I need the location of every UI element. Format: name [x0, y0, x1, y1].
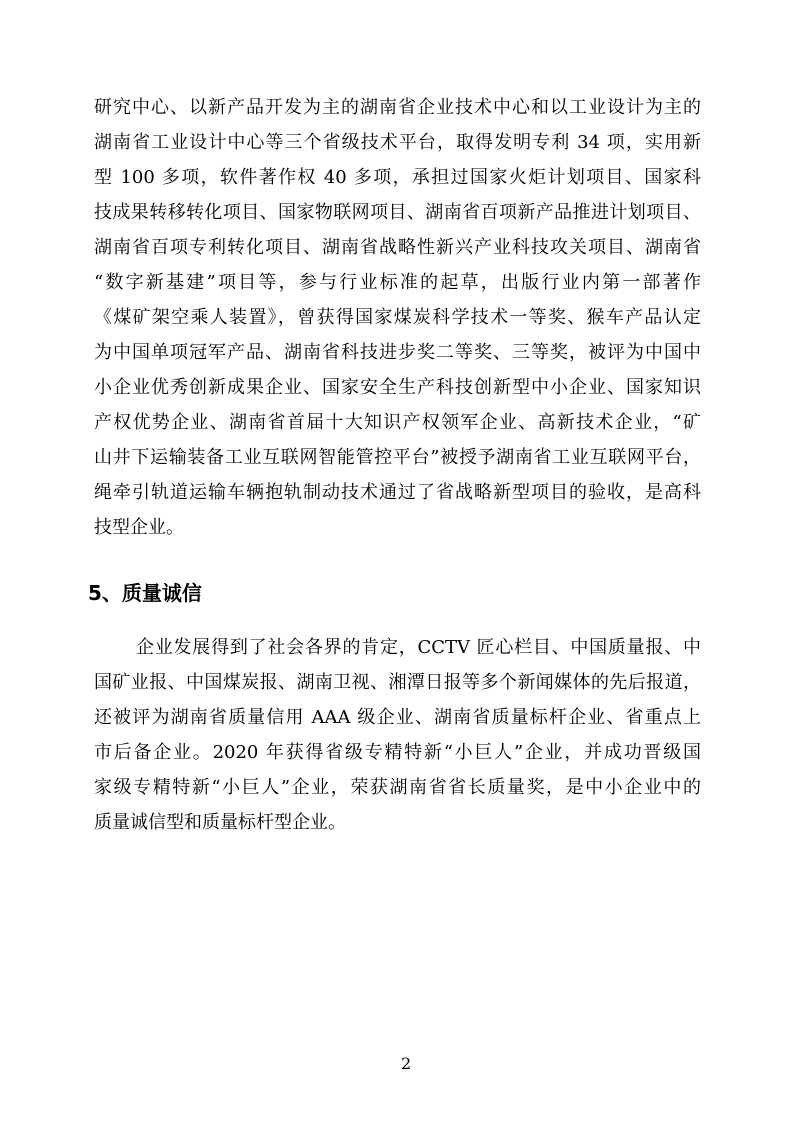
paragraph-line: 产权优势企业、湖南省首届十大知识产权领军企业、高新技术企业，“矿	[94, 405, 701, 440]
paragraph-line: 小企业优秀创新成果企业、国家安全生产科技创新型中小企业、国家知识	[94, 370, 701, 405]
paragraph-line: 技成果转移转化项目、国家物联网项目、湖南省百项新产品推进计划项目、	[94, 195, 701, 230]
page-number: 2	[401, 1054, 411, 1074]
paragraph-line: 市后备企业。2020 年获得省级专精特新“小巨人”企业，并成功晋级国	[94, 735, 701, 770]
paragraph-line: 还被评为湖南省质量信用 AAA 级企业、湖南省质量标杆企业、省重点上	[94, 700, 701, 735]
text-column: 研究中心、以新产品开发为主的湖南省企业技术中心和以工业设计为主的 湖南省工业设计…	[94, 90, 701, 840]
paragraph-line: 国矿业报、中国煤炭报、湖南卫视、湘潭日报等多个新闻媒体的先后报道，	[94, 665, 701, 700]
paragraph-line: 《煤矿架空乘人装置》，曾获得国家煤炭科学技术一等奖、猴车产品认定	[94, 300, 701, 335]
body-text-paragraph-1: 研究中心、以新产品开发为主的湖南省企业技术中心和以工业设计为主的 湖南省工业设计…	[94, 90, 701, 545]
paragraph-line: 技型企业。	[94, 510, 701, 545]
document-page: 研究中心、以新产品开发为主的湖南省企业技术中心和以工业设计为主的 湖南省工业设计…	[0, 0, 794, 1122]
paragraph-line: 企业发展得到了社会各界的肯定，CCTV 匠心栏目、中国质量报、中	[94, 630, 701, 665]
paragraph-line: 湖南省百项专利转化项目、湖南省战略性新兴产业科技攻关项目、湖南省	[94, 230, 701, 265]
paragraph-line: 质量诚信型和质量标杆型企业。	[94, 805, 701, 840]
paragraph-line: 山井下运输装备工业互联网智能管控平台”被授予湖南省工业互联网平台，	[94, 440, 701, 475]
paragraph-line: 湖南省工业设计中心等三个省级技术平台，取得发明专利 34 项，实用新	[94, 125, 701, 160]
section-heading: 5、质量诚信	[88, 576, 701, 611]
paragraph-line: 为中国单项冠军产品、湖南省科技进步奖二等奖、三等奖，被评为中国中	[94, 335, 701, 370]
paragraph-line: 家级专精特新“小巨人”企业，荣获湖南省省长质量奖，是中小企业中的	[94, 770, 701, 805]
paragraph-line: 绳牵引轨道运输车辆抱轨制动技术通过了省战略新型项目的验收，是高科	[94, 475, 701, 510]
paragraph-line: 型 100 多项，软件著作权 40 多项，承担过国家火炬计划项目、国家科	[94, 160, 701, 195]
body-text-paragraph-2: 企业发展得到了社会各界的肯定，CCTV 匠心栏目、中国质量报、中 国矿业报、中国…	[94, 630, 701, 840]
paragraph-line: “数字新基建”项目等，参与行业标准的起草，出版行业内第一部著作	[94, 265, 701, 300]
paragraph-line: 研究中心、以新产品开发为主的湖南省企业技术中心和以工业设计为主的	[94, 90, 701, 125]
